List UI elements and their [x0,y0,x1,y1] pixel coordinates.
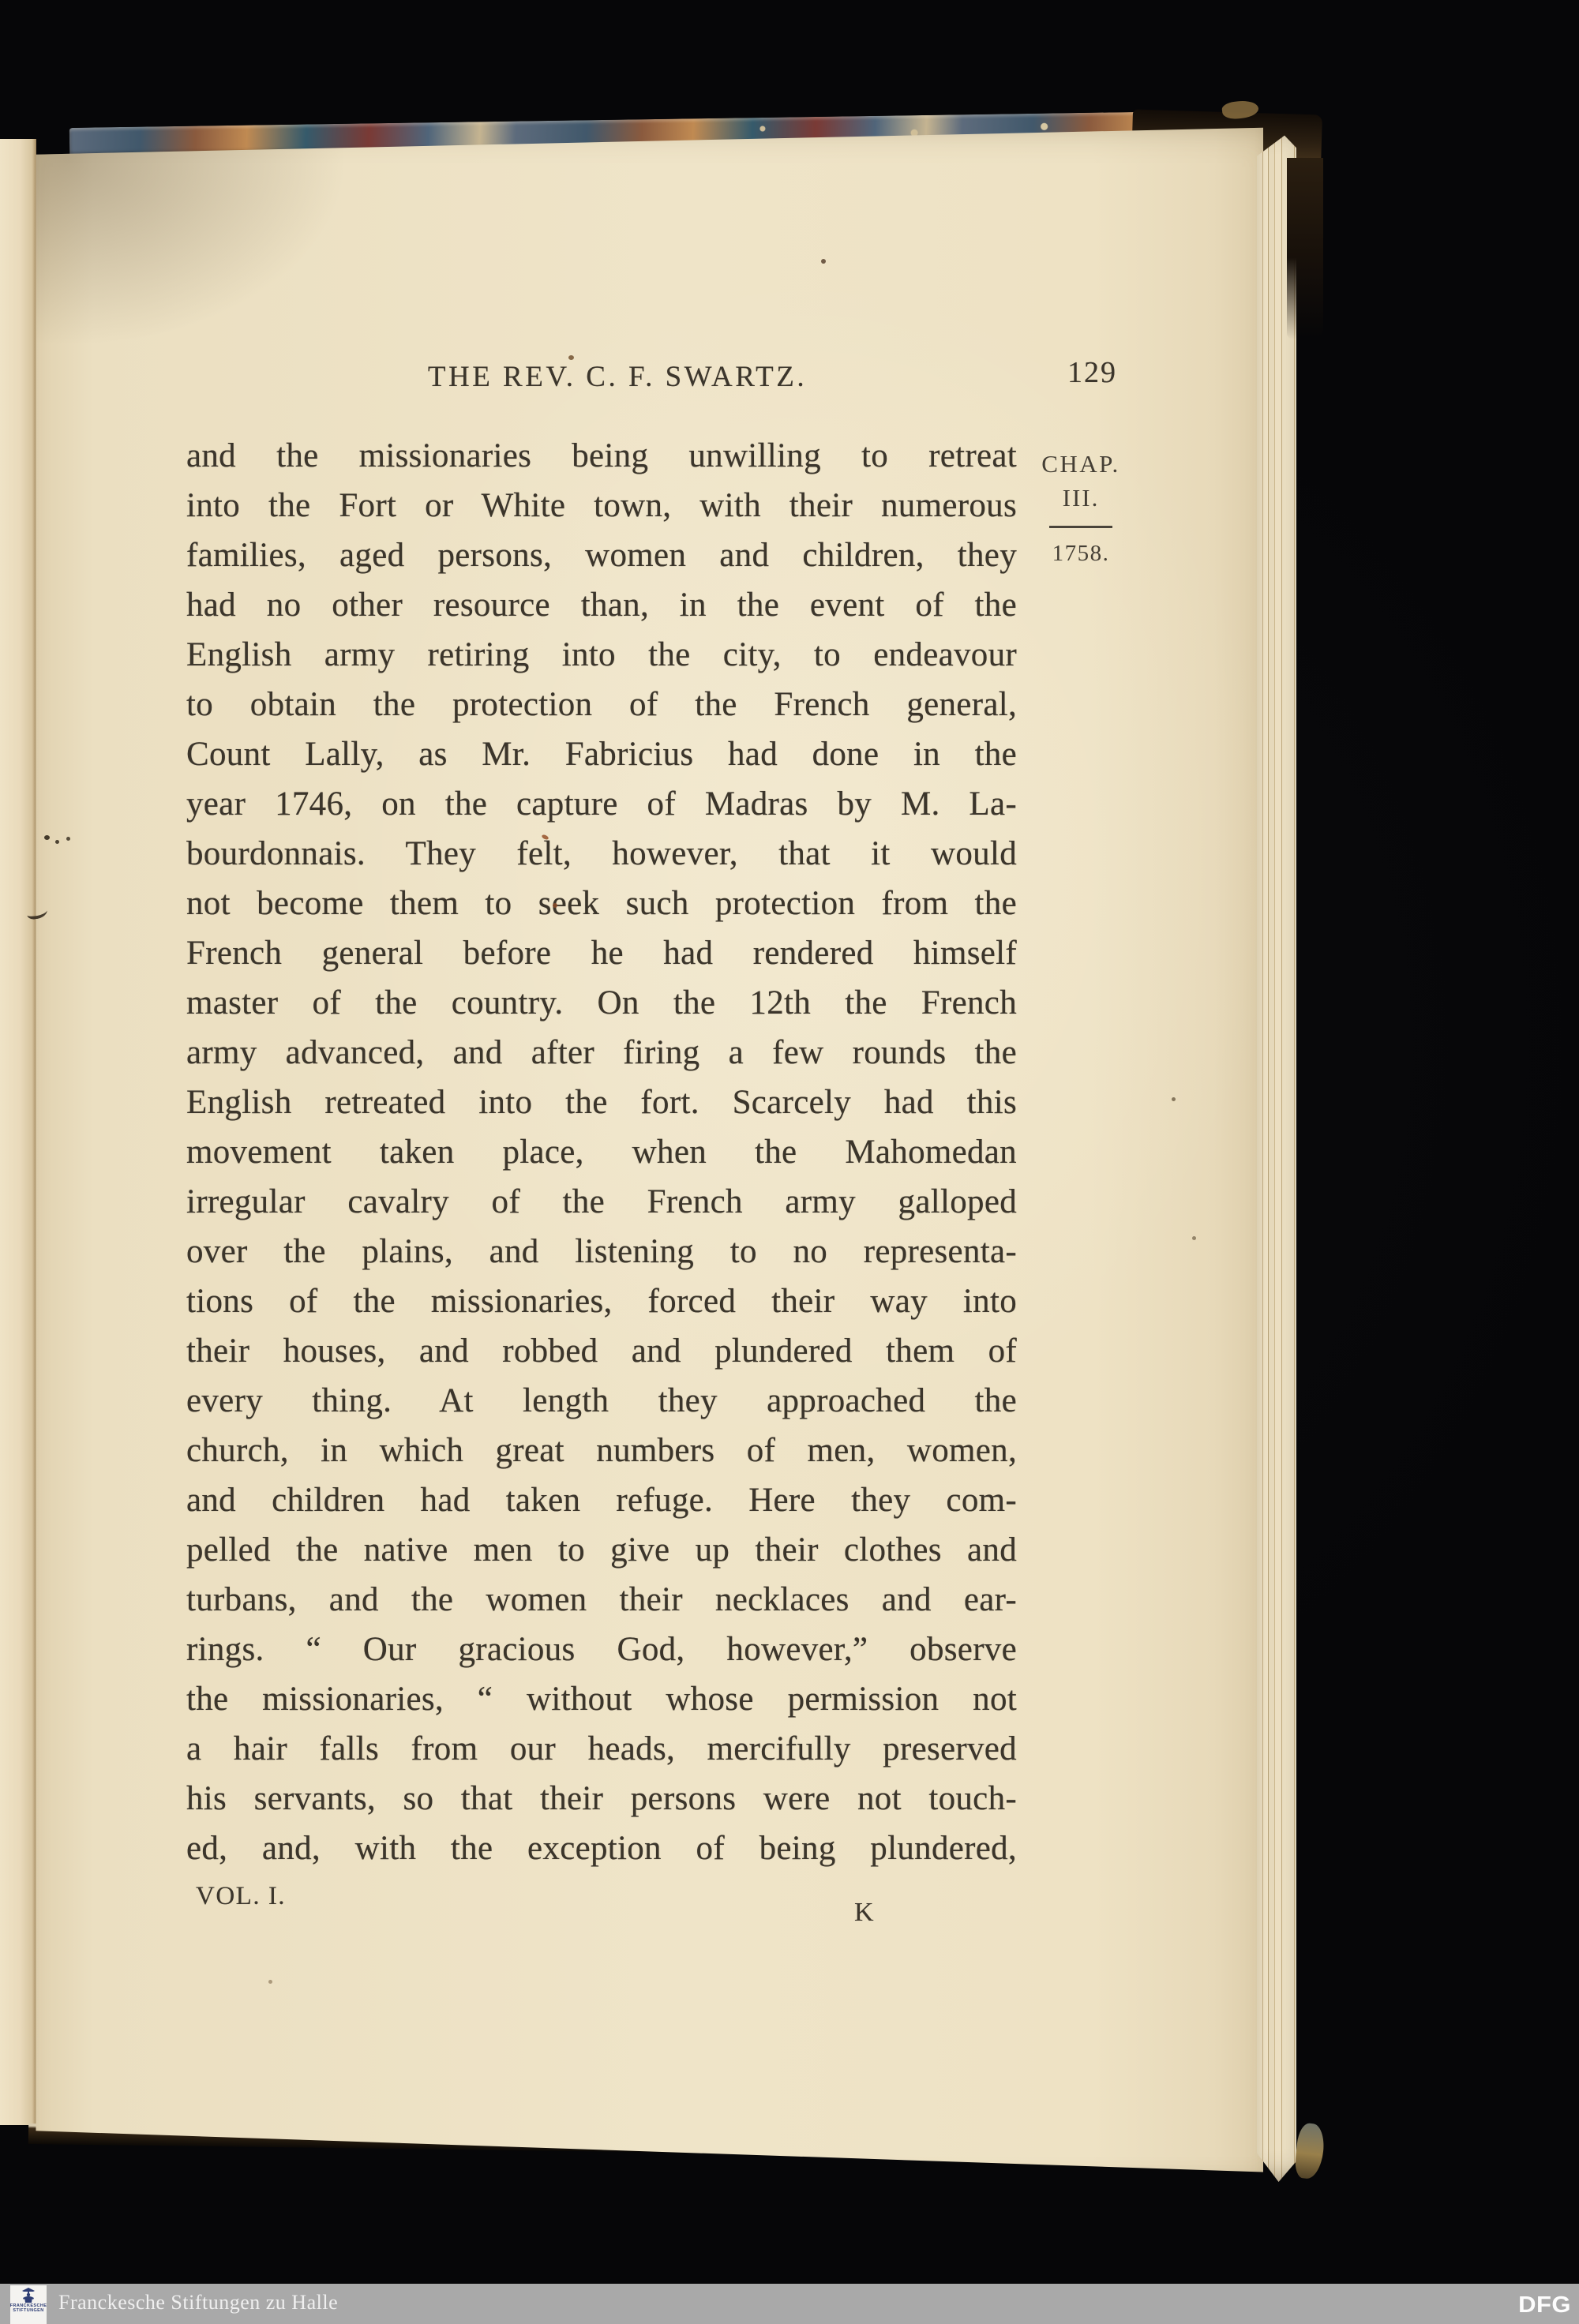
text-line: master of the country. On the 12th the F… [186,978,1017,1028]
foxing-speck [1172,1097,1176,1101]
page-edge-stack [1257,123,1296,2182]
text-line: tions of the missionaries, forced their … [186,1276,1017,1326]
binding-right-edge [1287,158,1323,339]
text-line: year 1746, on the capture of Madras by M… [186,779,1017,829]
dfg-logo: DFG [1514,2292,1571,2318]
text-line: English retreated into the fort. Scarcel… [186,1078,1017,1127]
text-line: irregular cavalry of the French army gal… [186,1177,1017,1227]
text-line: army advanced, and after firing a few ro… [186,1028,1017,1078]
text-line: had no other resource than, in the event… [186,580,1017,630]
margin-chapter-word: CHAP. [1023,447,1138,482]
text-line: his servants, so that their persons were… [186,1774,1017,1824]
body-text: and the missionaries being unwilling to … [186,431,1017,1873]
page-number: 129 [1067,355,1154,390]
text-line: bourdonnais. They felt, however, that it… [186,829,1017,879]
pulpit-figure-emblem-icon [21,2288,36,2303]
text-line: and children had taken refuge. Here they… [186,1475,1017,1525]
text-line: English army retiring into the city, to … [186,630,1017,680]
foxing-speck [1192,1236,1196,1240]
foxing-speck [568,355,574,360]
foxing-speck [553,903,557,908]
margin-rule [1049,526,1112,528]
text-line: pelled the native men to give up their c… [186,1525,1017,1575]
text-line: church, in which great numbers of men, w… [186,1426,1017,1475]
text-line: a hair falls from our heads, mercifully … [186,1724,1017,1774]
signature-mark: K [854,1898,874,1928]
footer-institution-label: Franckesche Stiftungen zu Halle [58,2291,338,2315]
photographed-book-page: { "page": { "running_head": "THE REV. C.… [0,0,1579,2324]
text-line: families, aged persons, women and childr… [186,530,1017,580]
ink-dot [66,837,70,841]
foxing-speck [821,259,826,264]
franckesche-logo: FRANCKESCHE STIFTUNGEN [10,2285,47,2324]
text-line: to obtain the protection of the French g… [186,680,1017,729]
margin-year: 1758. [1023,541,1138,567]
margin-chapter-numeral: III. [1023,482,1138,515]
text-line: turbans, and the women their necklaces a… [186,1575,1017,1625]
ink-dot [55,840,59,844]
text-line: French general before he had rendered hi… [186,928,1017,978]
text-line: every thing. At length they approached t… [186,1376,1017,1426]
page-gutter-edge [0,139,36,2125]
logo-text-line2: STIFTUNGEN [13,2308,43,2313]
text-line: and the missionaries being unwilling to … [186,431,1017,481]
text-line: over the plains, and listening to no rep… [186,1227,1017,1276]
text-line: not become them to seek such protection … [186,879,1017,928]
margin-note: CHAP. III. 1758. [1023,447,1138,567]
text-line: the missionaries, “ without whose permis… [186,1674,1017,1724]
text-line: their houses, and robbed and plundered t… [186,1326,1017,1376]
ink-dot [44,835,50,840]
volume-label: VOL. I. [196,1882,286,1911]
text-line: movement taken place, when the Mahomedan [186,1127,1017,1177]
text-line: Count Lally, as Mr. Fabricius had done i… [186,729,1017,779]
foxing-speck [268,1980,272,1984]
text-line: into the Fort or White town, with their … [186,481,1017,530]
text-line: ed, and, with the exception of being plu… [186,1824,1017,1873]
running-head: THE REV. C. F. SWARTZ. [218,360,1017,394]
text-line: rings. “ Our gracious God, however,” obs… [186,1625,1017,1674]
